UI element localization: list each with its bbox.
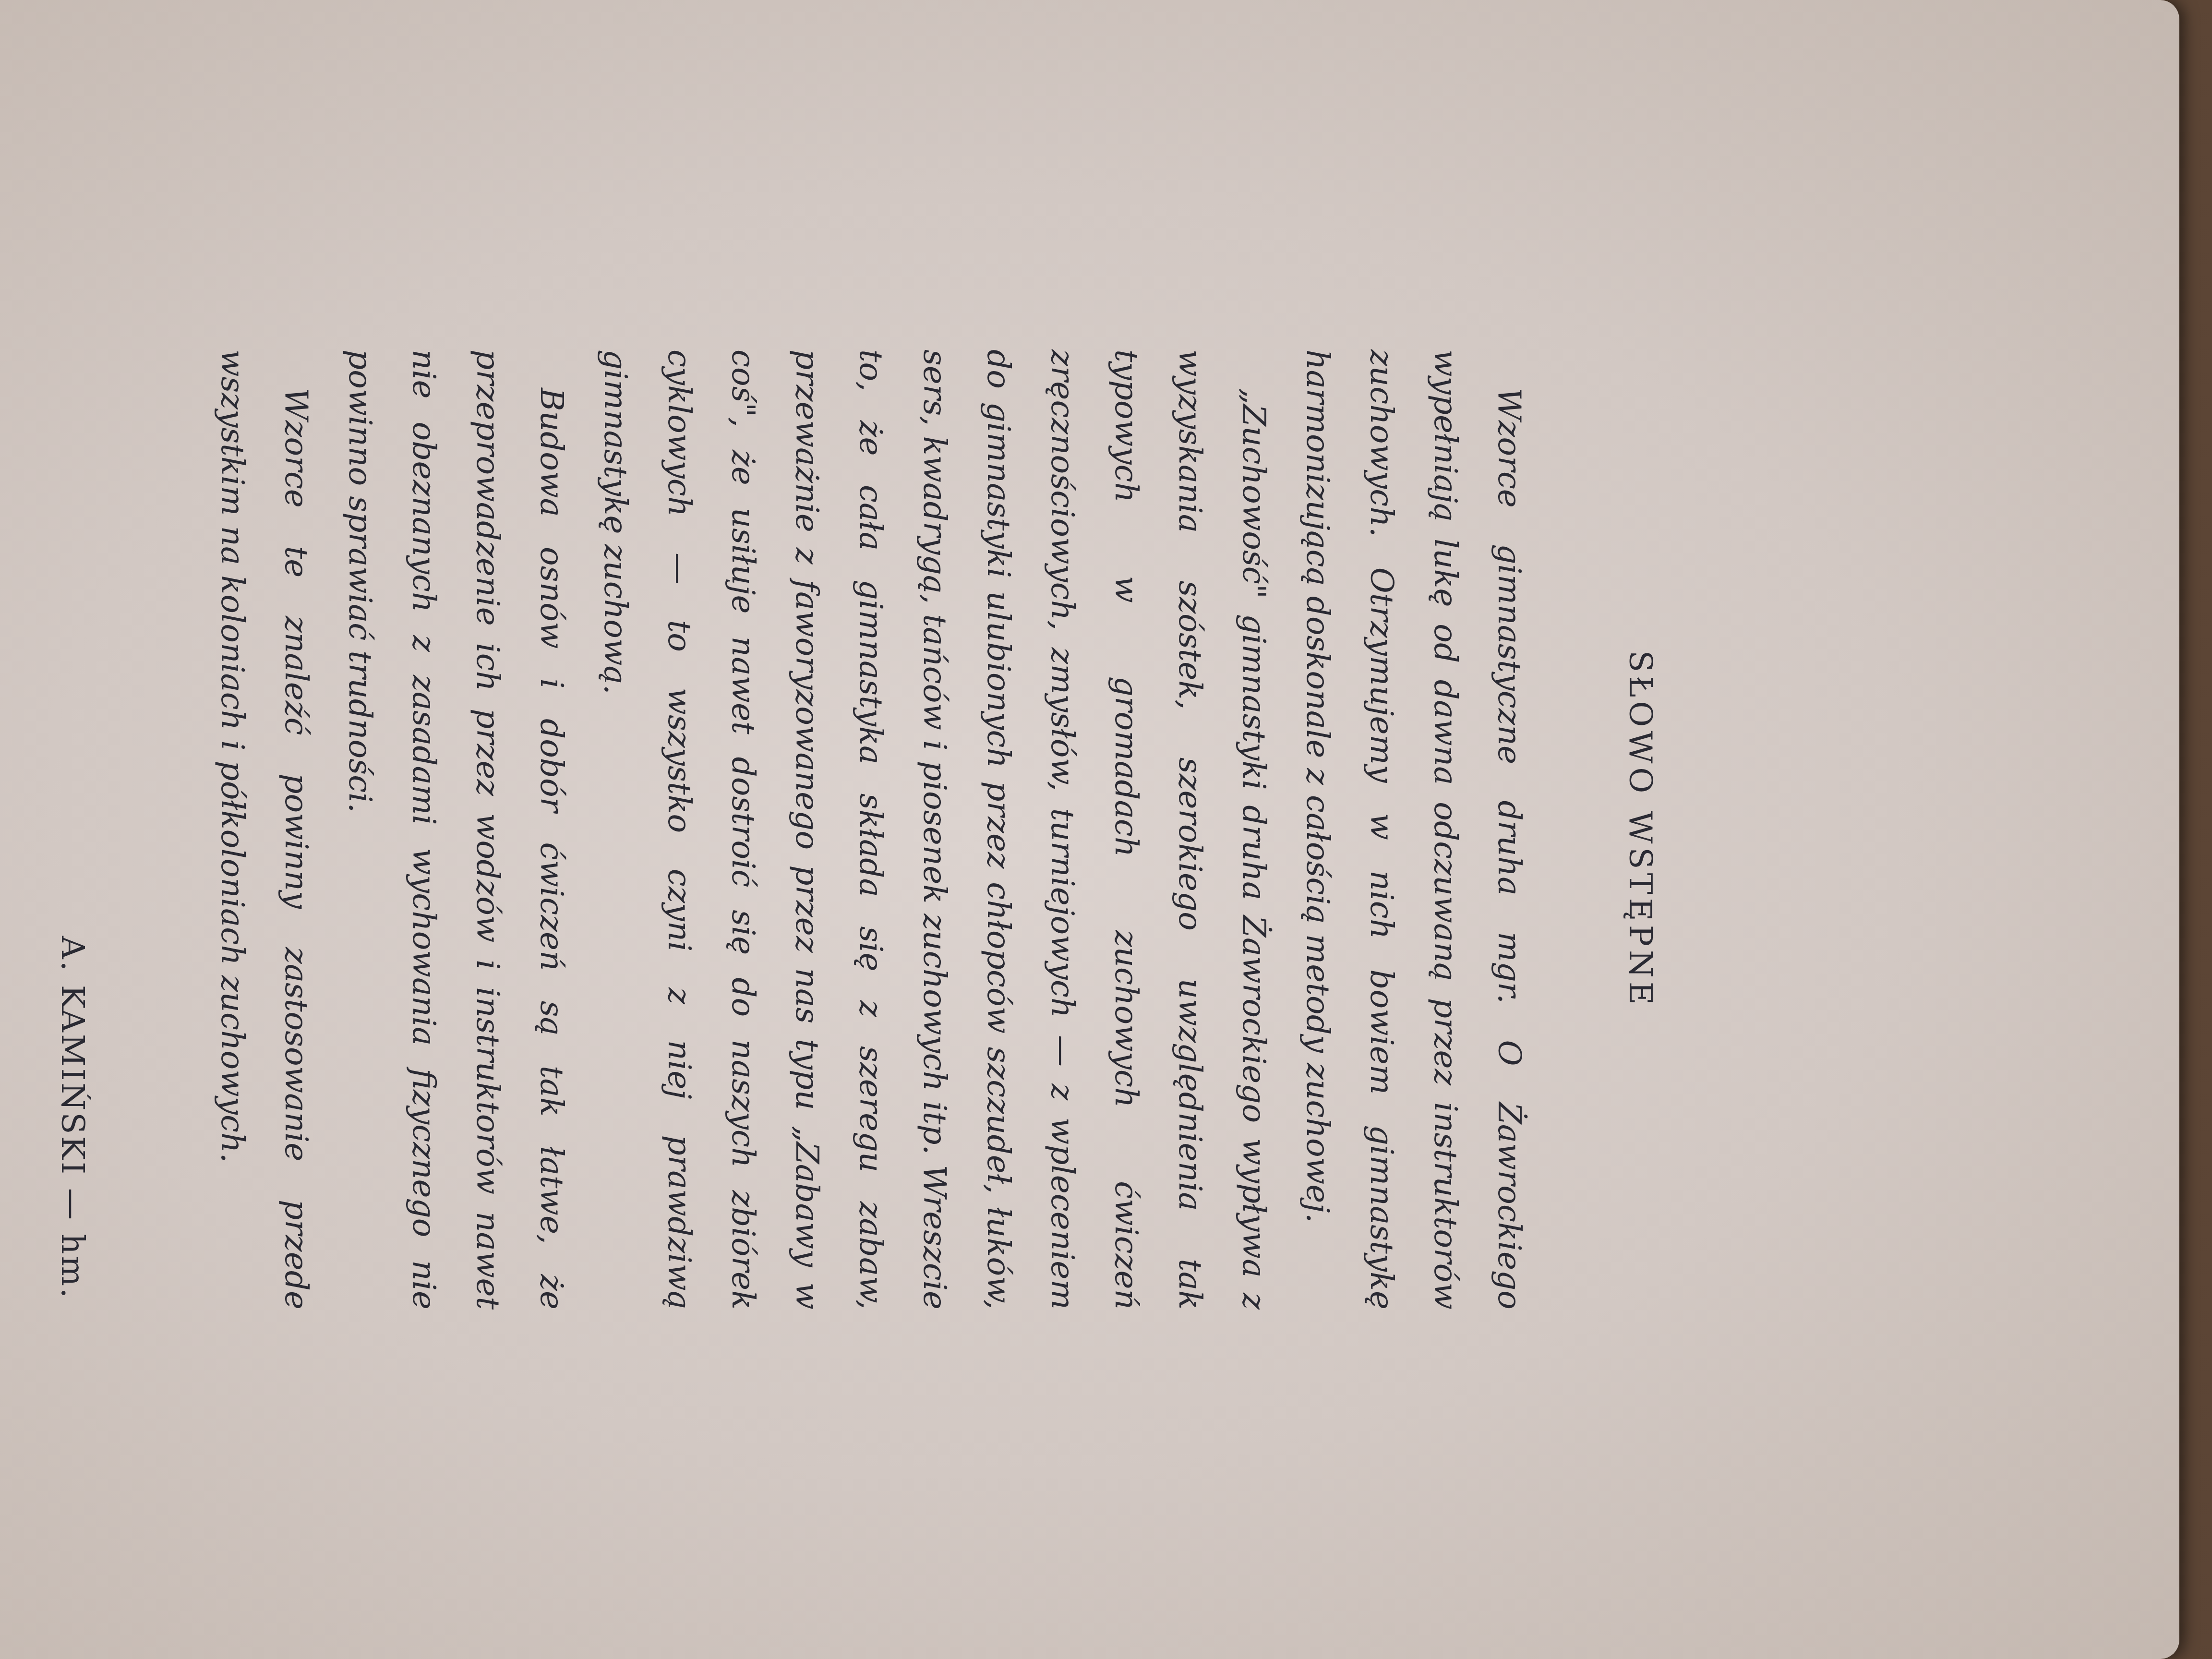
paragraph: „Zuchowość" gimnastyki druha Żawrockiego… [584, 349, 1286, 1310]
paragraph: Budowa osnów i dobór ćwiczeń są tak łatw… [328, 349, 584, 1310]
paragraph: Wzorce te znaleźć powinny zastosowanie p… [201, 349, 328, 1310]
author-signature: A. KAMIŃSKI — hm. [41, 349, 105, 1310]
page-title: SŁOWO WSTĘPNE [1609, 349, 1672, 1310]
paragraph: Wzorce gimnastyczne druha mgr. O Żawrock… [1286, 349, 1541, 1310]
book-page: SŁOWO WSTĘPNE Wzorce gimnastyczne druha … [0, 0, 2179, 1659]
rotated-text-block: SŁOWO WSTĘPNE Wzorce gimnastyczne druha … [194, 109, 2018, 1550]
page-content: SŁOWO WSTĘPNE Wzorce gimnastyczne druha … [0, 349, 2018, 1310]
